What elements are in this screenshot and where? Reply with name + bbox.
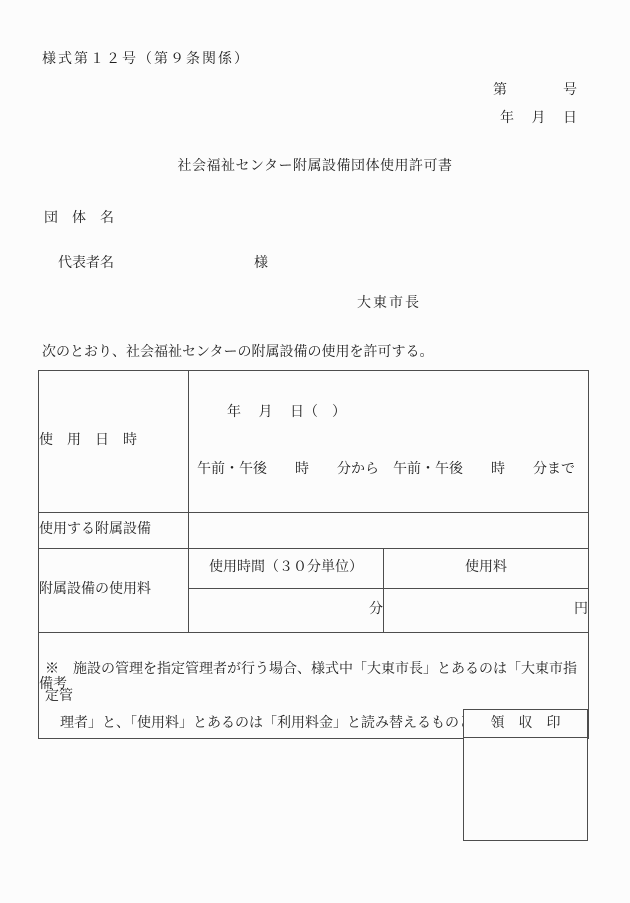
honorific-label: 様 (254, 256, 268, 271)
receipt-stamp-area (464, 738, 587, 841)
fee-yen-unit: 円 (384, 589, 589, 633)
equipment-value-area (189, 513, 589, 549)
footnote-line1: ※ 施設の管理を指定管理者が行う場合、様式中「大東市長」とあるのは「大東市指定管 (45, 656, 590, 710)
issuer-name: 大東市長 (357, 296, 421, 313)
issue-number-line: 第 号 (493, 83, 577, 100)
receipt-stamp-label: 領 収 印 (464, 710, 587, 738)
representative-line: 代表者名様 (44, 239, 268, 289)
fee-time-header: 使用時間（３０分単位） (189, 549, 384, 589)
fee-label: 附属設備の使用料 (39, 549, 189, 633)
usage-datetime-label: 使 用 日 時 (39, 371, 189, 513)
usage-datetime-value-area: 年 月 日（ ） 午前・午後 時 分から 午前・午後 時 分まで (189, 371, 589, 513)
intro-text: 次のとおり、社会福祉センターの附属設備の使用を許可する。 (42, 345, 433, 362)
issue-date-line: 年 月 日 (500, 111, 577, 128)
page-title: 社会福祉センター附属設備団体使用許可書 (0, 159, 630, 176)
usage-date-line: 年 月 日（ ） (189, 405, 588, 422)
table-row-datetime: 使 用 日 時 年 月 日（ ） 午前・午後 時 分から 午前・午後 時 分まで (39, 371, 589, 513)
equipment-label: 使用する附属設備 (39, 513, 189, 549)
form-number: 様式第１２号（第９条関係） (42, 52, 250, 69)
permit-document-page: 様式第１２号（第９条関係） 第 号 年 月 日 社会福祉センター附属設備団体使用… (0, 0, 630, 903)
fee-amount-header: 使用料 (384, 549, 589, 589)
representative-label: 代表者名 (58, 256, 114, 271)
fee-minutes-unit: 分 (189, 589, 384, 633)
table-row-fee-header: 附属設備の使用料 使用時間（３０分単位） 使用料 (39, 549, 589, 589)
receipt-stamp-box: 領 収 印 (463, 709, 588, 841)
group-name-label: 団 体 名 (44, 211, 114, 228)
table-row-equipment: 使用する附属設備 (39, 513, 589, 549)
usage-time-line: 午前・午後 時 分から 午前・午後 時 分まで (189, 462, 588, 479)
